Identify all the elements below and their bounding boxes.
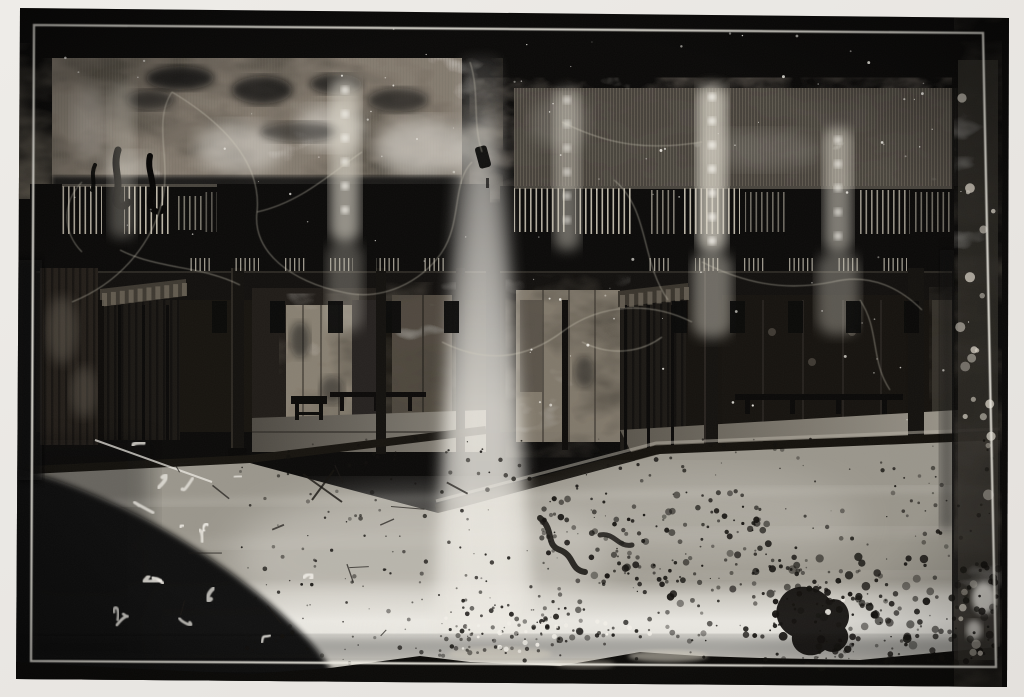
photo-canvas (0, 0, 1024, 697)
stereograph-photo (0, 0, 1024, 697)
vignette (16, 8, 1010, 688)
